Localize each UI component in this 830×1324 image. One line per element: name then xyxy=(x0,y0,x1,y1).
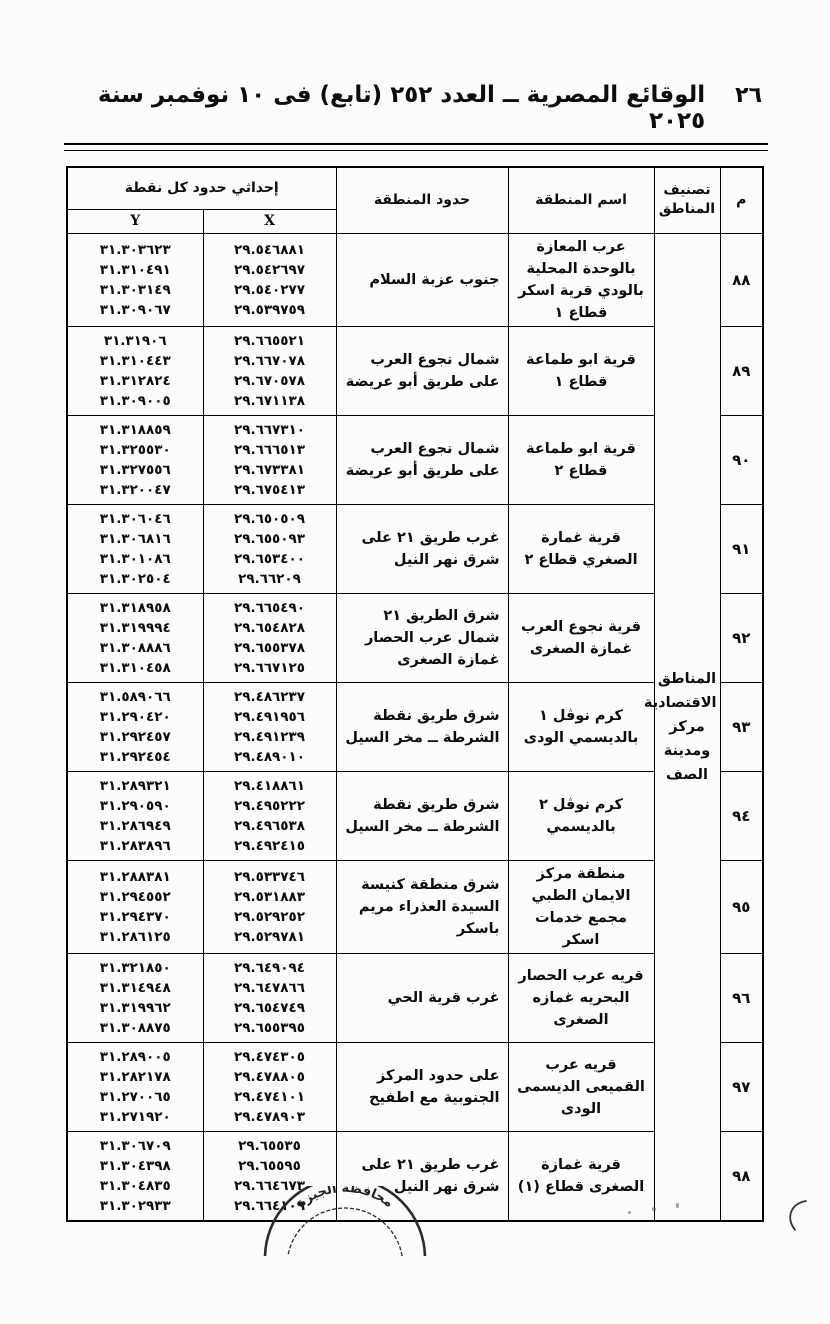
y-value: ٣١.٢٩٤٣٧٠ xyxy=(70,907,201,927)
y-value: ٣١.٣٠٣١٤٩ xyxy=(70,280,201,300)
y-value: ٣١.٥٨٩٠٦٦ xyxy=(70,687,201,707)
page-title: الوقائع المصرية ــ العدد ٢٥٢ (تابع) فى ١… xyxy=(62,82,705,134)
x-coordinates-cell: ٢٩.٤٧٤٣٠٥٢٩.٤٧٨٨٠٥٢٩.٤٧٤١٠١٢٩.٤٧٨٩٠٣ xyxy=(203,1042,336,1131)
x-value: ٢٩.٦٧٣٣٨١ xyxy=(206,460,334,480)
area-name-cell: كرم نوڤل ١ بالديسمي الودى xyxy=(508,682,654,771)
x-value: ٢٩.٦٥٤٧٤٩ xyxy=(206,998,334,1018)
y-coordinates-cell: ٣١.٣٠٣٦٢٣٣١.٣١٠٤٩١٣١.٣٠٣١٤٩٣١.٣٠٩٠٦٧ xyxy=(67,233,203,326)
y-value: ٣١.٣٠٢٥٠٤ xyxy=(70,569,201,589)
y-value: ٣١.٢٩٠٤٢٠ xyxy=(70,707,201,727)
area-bounds-cell: غرب طريق ٢١ على شرق نهر النيل xyxy=(336,504,508,593)
x-coordinates-cell: ٢٩.٤١٨٨٦١٢٩.٤٩٥٢٢٢٢٩.٤٩٦٥٣٨٢٩.٤٩٢٤١٥ xyxy=(203,771,336,860)
y-value: ٣١.٣١٩٠٦ xyxy=(70,331,201,351)
x-value: ٢٩.٦٥٥٩٥ xyxy=(206,1156,334,1176)
x-value: ٢٩.٦٤٩٠٩٤ xyxy=(206,958,334,978)
x-value: ٢٩.٥٢٩٢٥٢ xyxy=(206,907,334,927)
y-value: ٣١.٢٩٢٤٥٤ xyxy=(70,747,201,767)
ink-fleck xyxy=(628,1211,631,1214)
header-x: X xyxy=(203,209,336,233)
x-value: ٢٩.٦٦٢٠٩ xyxy=(206,569,334,589)
y-value: ٣١.٢٩٢٤٥٧ xyxy=(70,727,201,747)
page-header: ٢٦ الوقائع المصرية ــ العدد ٢٥٢ (تابع) ف… xyxy=(62,82,762,134)
header-y: Y xyxy=(67,209,203,233)
y-coordinates-cell: ٣١.٣٠٦٠٤٦٣١.٣٠٦٨١٦٣١.٣٠١٠٨٦٣١.٣٠٢٥٠٤ xyxy=(67,504,203,593)
area-name-cell: قرية ابو طماعة قطاع ٢ xyxy=(508,415,654,504)
y-value: ٣١.٣٠٢٩٣٣ xyxy=(70,1196,201,1216)
x-coordinates-cell: ٢٩.٦٦٥٤٩٠٢٩.٦٥٤٨٢٨٢٩.٦٥٥٣٧٨٢٩.٦٦٧١٢٥ xyxy=(203,593,336,682)
row-number: ٩٦ xyxy=(720,953,763,1042)
y-value: ٣١.٣٠٩٠٦٧ xyxy=(70,300,201,320)
x-value: ٢٩.٦٦٦٥١٣ xyxy=(206,440,334,460)
area-name-cell: قرية ابو طماعة قطاع ١ xyxy=(508,326,654,415)
y-value: ٣١.٣١٠٤٩١ xyxy=(70,260,201,280)
y-value: ٣١.٣٠٦٧٠٩ xyxy=(70,1136,201,1156)
y-value: ٣١.٣١٩٩٩٤ xyxy=(70,618,201,638)
area-bounds-cell: جنوب عزبة السلام xyxy=(336,233,508,326)
x-value: ٢٩.٥٤٦٨٨١ xyxy=(206,240,334,260)
x-value: ٢٩.٤٨٩٠١٠ xyxy=(206,747,334,767)
area-name-cell: منطقة مركز الايمان الطبي مجمع خدمات اسكر xyxy=(508,860,654,953)
row-number: ٩٤ xyxy=(720,771,763,860)
y-value: ٣١.٣١٠٤٤٣ xyxy=(70,351,201,371)
area-name-cell: عرب المعازة بالوحدة المحلية بالودي قرية … xyxy=(508,233,654,326)
row-number: ٩٣ xyxy=(720,682,763,771)
x-value: ٢٩.٥٣٩٧٥٩ xyxy=(206,300,334,320)
x-value: ٢٩.٦٦٧١٢٥ xyxy=(206,658,334,678)
x-value: ٢٩.٦٧٥٤١٣ xyxy=(206,480,334,500)
x-value: ٢٩.٦٧٠٥٧٨ xyxy=(206,371,334,391)
table-row: ٨٨المناطق الاقتصادية مركز ومدينة الصفعرب… xyxy=(67,233,763,326)
y-value: ٣١.٣٠٤٨٣٥ xyxy=(70,1176,201,1196)
y-value: ٣١.٢٩٤٥٥٢ xyxy=(70,887,201,907)
area-name-cell: قريه عرب الحصار البحريه غمازه الصغرى xyxy=(508,953,654,1042)
x-value: ٢٩.٦٦٥٤٩٠ xyxy=(206,598,334,618)
y-value: ٣١.٣١٤٩٤٨ xyxy=(70,978,201,998)
y-value: ٣١.٣٢٥٥٣٠ xyxy=(70,440,201,460)
area-bounds-cell: شرق منطقة كنيسة السيدة العذراء مريم باسك… xyxy=(336,860,508,953)
y-value: ٣١.٣١٨٨٥٩ xyxy=(70,420,201,440)
y-value: ٣١.٣١٢٨٢٤ xyxy=(70,371,201,391)
x-value: ٢٩.٥٤٠٢٧٧ xyxy=(206,280,334,300)
x-value: ٢٩.٤٧٨٩٠٣ xyxy=(206,1107,334,1127)
y-value: ٣١.٢٨٣٨٩٦ xyxy=(70,836,201,856)
x-coordinates-cell: ٢٩.٦٦٧٣١٠٢٩.٦٦٦٥١٣٢٩.٦٧٣٣٨١٢٩.٦٧٥٤١٣ xyxy=(203,415,336,504)
y-value: ٣١.٣١٩٩٦٢ xyxy=(70,998,201,1018)
y-value: ٣١.٣٠٨٨٧٥ xyxy=(70,1018,201,1038)
x-value: ٢٩.٤٧٤١٠١ xyxy=(206,1087,334,1107)
header-classification: تصنيف المناطق xyxy=(654,167,720,233)
y-value: ٣١.٢٨٢١٧٨ xyxy=(70,1067,201,1087)
x-value: ٢٩.٤٩٥٢٢٢ xyxy=(206,796,334,816)
x-value: ٢٩.٤١٨٨٦١ xyxy=(206,776,334,796)
area-bounds-cell: شمال نجوع العرب على طريق أبو عريضة xyxy=(336,326,508,415)
y-value: ٣١.٣١٠٤٥٨ xyxy=(70,658,201,678)
y-value: ٣١.٣٢٠٠٤٧ xyxy=(70,480,201,500)
row-number: ٩٠ xyxy=(720,415,763,504)
header-area-bounds: حدود المنطقة xyxy=(336,167,508,233)
row-number: ٩٧ xyxy=(720,1042,763,1131)
x-coordinates-cell: ٢٩.٦٥٠٥٠٩٢٩.٦٥٥٠٩٣٢٩.٦٥٣٤٠٠٢٩.٦٦٢٠٩ xyxy=(203,504,336,593)
area-bounds-cell: شرق الطريق ٢١ شمال عرب الحصار غمازة الصغ… xyxy=(336,593,508,682)
row-number: ٩١ xyxy=(720,504,763,593)
x-coordinates-cell: ٢٩.٤٨٦٢٣٧٢٩.٤٩١٩٥٦٢٩.٤٩١٢٣٩٢٩.٤٨٩٠١٠ xyxy=(203,682,336,771)
y-value: ٣١.٢٧٠٠٦٥ xyxy=(70,1087,201,1107)
y-coordinates-cell: ٣١.٢٨٨٣٨١٣١.٢٩٤٥٥٢٣١.٢٩٤٣٧٠٣١.٢٨٦١٢٥ xyxy=(67,860,203,953)
y-value: ٣١.٣٢٧٥٥٦ xyxy=(70,460,201,480)
x-value: ٢٩.٦٥٥٣٩٥ xyxy=(206,1018,334,1038)
y-value: ٣١.٣٢١٨٥٠ xyxy=(70,958,201,978)
header-index: م xyxy=(720,167,763,233)
x-value: ٢٩.٥٤٢٦٩٧ xyxy=(206,260,334,280)
y-value: ٣١.٣٠٤٣٩٨ xyxy=(70,1156,201,1176)
classification-cell: المناطق الاقتصادية مركز ومدينة الصف xyxy=(654,233,720,1221)
pen-mark-curve xyxy=(778,1198,812,1234)
y-coordinates-cell: ٣١.٢٨٩٣٢١٣١.٢٩٠٥٩٠٣١.٢٨٦٩٤٩٣١.٢٨٣٨٩٦ xyxy=(67,771,203,860)
x-value: ٢٩.٤٩١٩٥٦ xyxy=(206,707,334,727)
areas-table: م تصنيف المناطق اسم المنطقة حدود المنطقة… xyxy=(66,166,764,1222)
y-coordinates-cell: ٣١.٢٨٩٠٠٥٣١.٢٨٢١٧٨٣١.٢٧٠٠٦٥٣١.٢٧١٩٢٠ xyxy=(67,1042,203,1131)
y-value: ٣١.٣٠٨٨٨٦ xyxy=(70,638,201,658)
area-name-cell: كرم نوڤل ٢ بالديسمي xyxy=(508,771,654,860)
table-body: ٨٨المناطق الاقتصادية مركز ومدينة الصفعرب… xyxy=(67,233,763,1221)
x-value: ٢٩.٦٦٧٠٧٨ xyxy=(206,351,334,371)
area-name-cell: قرية نجوع العرب غمازة الصغرى xyxy=(508,593,654,682)
y-value: ٣١.٣١٨٩٥٨ xyxy=(70,598,201,618)
page-number: ٢٦ xyxy=(735,83,762,108)
area-bounds-cell: شرق طريق نقطة الشرطة ــ مخر السيل xyxy=(336,771,508,860)
y-value: ٣١.٢٧١٩٢٠ xyxy=(70,1107,201,1127)
table-header: م تصنيف المناطق اسم المنطقة حدود المنطقة… xyxy=(67,167,763,233)
area-name-cell: قرية غمازة الصغرى قطاع (١) xyxy=(508,1131,654,1221)
x-value: ٢٩.٦٥٥٣٧٨ xyxy=(206,638,334,658)
ink-fleck xyxy=(652,1207,656,1211)
row-number: ٩٢ xyxy=(720,593,763,682)
y-value: ٣١.٢٩٠٥٩٠ xyxy=(70,796,201,816)
official-stamp: محافظة الجيزة xyxy=(252,1186,438,1256)
header-area-name: اسم المنطقة xyxy=(508,167,654,233)
x-value: ٢٩.٦٥٤٨٢٨ xyxy=(206,618,334,638)
row-number: ٨٨ xyxy=(720,233,763,326)
y-value: ٣١.٢٨٨٣٨١ xyxy=(70,867,201,887)
ink-fleck xyxy=(676,1203,679,1208)
x-value: ٢٩.٦٦٧٣١٠ xyxy=(206,420,334,440)
y-value: ٣١.٢٨٩٠٠٥ xyxy=(70,1047,201,1067)
area-name-cell: قرية غمارة الصغري قطاع ٢ xyxy=(508,504,654,593)
y-value: ٣١.٣٠١٠٨٦ xyxy=(70,549,201,569)
x-coordinates-cell: ٢٩.٦٤٩٠٩٤٢٩.٦٤٧٨٦٦٢٩.٦٥٤٧٤٩٢٩.٦٥٥٣٩٥ xyxy=(203,953,336,1042)
y-value: ٣١.٣٠٩٠٠٥ xyxy=(70,391,201,411)
y-coordinates-cell: ٣١.٣٢١٨٥٠٣١.٣١٤٩٤٨٣١.٣١٩٩٦٢٣١.٣٠٨٨٧٥ xyxy=(67,953,203,1042)
svg-text:محافظة الجيزة: محافظة الجيزة xyxy=(294,1186,396,1211)
area-bounds-cell: غرب قرية الحي xyxy=(336,953,508,1042)
x-coordinates-cell: ٢٩.٥٣٣٧٤٦٢٩.٥٣١٨٨٣٢٩.٥٢٩٢٥٢٢٩.٥٢٩٧٨١ xyxy=(203,860,336,953)
y-value: ٣١.٢٨٩٣٢١ xyxy=(70,776,201,796)
y-coordinates-cell: ٣١.٣١٨٨٥٩٣١.٣٢٥٥٣٠٣١.٣٢٧٥٥٦٣١.٣٢٠٠٤٧ xyxy=(67,415,203,504)
x-value: ٢٩.٤٩٢٤١٥ xyxy=(206,836,334,856)
x-value: ٢٩.٦٧١١٣٨ xyxy=(206,391,334,411)
y-value: ٣١.٣٠٣٦٢٣ xyxy=(70,240,201,260)
area-bounds-cell: شمال نجوع العرب على طريق أبو عريضة xyxy=(336,415,508,504)
y-value: ٣١.٢٨٦١٢٥ xyxy=(70,927,201,947)
x-value: ٢٩.٦٤٧٨٦٦ xyxy=(206,978,334,998)
y-coordinates-cell: ٣١.٣٠٦٧٠٩٣١.٣٠٤٣٩٨٣١.٣٠٤٨٣٥٣١.٣٠٢٩٣٣ xyxy=(67,1131,203,1221)
stamp-text: محافظة الجيزة xyxy=(294,1186,396,1211)
row-number: ٩٨ xyxy=(720,1131,763,1221)
area-bounds-cell: شرق طريق نقطة الشرطة ــ مخر السيل xyxy=(336,682,508,771)
y-coordinates-cell: ٣١.٣١٩٠٦٣١.٣١٠٤٤٣٣١.٣١٢٨٢٤٣١.٣٠٩٠٠٥ xyxy=(67,326,203,415)
x-value: ٢٩.٦٥٠٥٠٩ xyxy=(206,509,334,529)
x-value: ٢٩.٤٧٤٣٠٥ xyxy=(206,1047,334,1067)
area-name-cell: قريه عرب القميعى الديسمى الودى xyxy=(508,1042,654,1131)
y-value: ٣١.٢٨٦٩٤٩ xyxy=(70,816,201,836)
y-coordinates-cell: ٣١.٥٨٩٠٦٦٣١.٢٩٠٤٢٠٣١.٢٩٢٤٥٧٣١.٢٩٢٤٥٤ xyxy=(67,682,203,771)
x-value: ٢٩.٥٣١٨٨٣ xyxy=(206,887,334,907)
x-coordinates-cell: ٢٩.٦٦٥٥٢١٢٩.٦٦٧٠٧٨٢٩.٦٧٠٥٧٨٢٩.٦٧١١٣٨ xyxy=(203,326,336,415)
x-value: ٢٩.٦٥٥٠٩٣ xyxy=(206,529,334,549)
area-bounds-cell: على حدود المركز الجنوبية مع اطفيح xyxy=(336,1042,508,1131)
x-value: ٢٩.٥٣٣٧٤٦ xyxy=(206,867,334,887)
x-value: ٢٩.٦٥٥٣٥ xyxy=(206,1136,334,1156)
header-double-rule xyxy=(64,143,768,151)
y-value: ٣١.٣٠٦٠٤٦ xyxy=(70,509,201,529)
x-value: ٢٩.٥٢٩٧٨١ xyxy=(206,927,334,947)
row-number: ٩٥ xyxy=(720,860,763,953)
x-value: ٢٩.٤٩١٢٣٩ xyxy=(206,727,334,747)
x-value: ٢٩.٦٦٥٥٢١ xyxy=(206,331,334,351)
y-coordinates-cell: ٣١.٣١٨٩٥٨٣١.٣١٩٩٩٤٣١.٣٠٨٨٨٦٣١.٣١٠٤٥٨ xyxy=(67,593,203,682)
x-coordinates-cell: ٢٩.٥٤٦٨٨١٢٩.٥٤٢٦٩٧٢٩.٥٤٠٢٧٧٢٩.٥٣٩٧٥٩ xyxy=(203,233,336,326)
x-value: ٢٩.٤٨٦٢٣٧ xyxy=(206,687,334,707)
x-value: ٢٩.٤٧٨٨٠٥ xyxy=(206,1067,334,1087)
y-value: ٣١.٣٠٦٨١٦ xyxy=(70,529,201,549)
x-value: ٢٩.٦٥٣٤٠٠ xyxy=(206,549,334,569)
header-coordinates: إحداثي حدود كل نقطة xyxy=(67,167,336,209)
row-number: ٨٩ xyxy=(720,326,763,415)
x-value: ٢٩.٤٩٦٥٣٨ xyxy=(206,816,334,836)
